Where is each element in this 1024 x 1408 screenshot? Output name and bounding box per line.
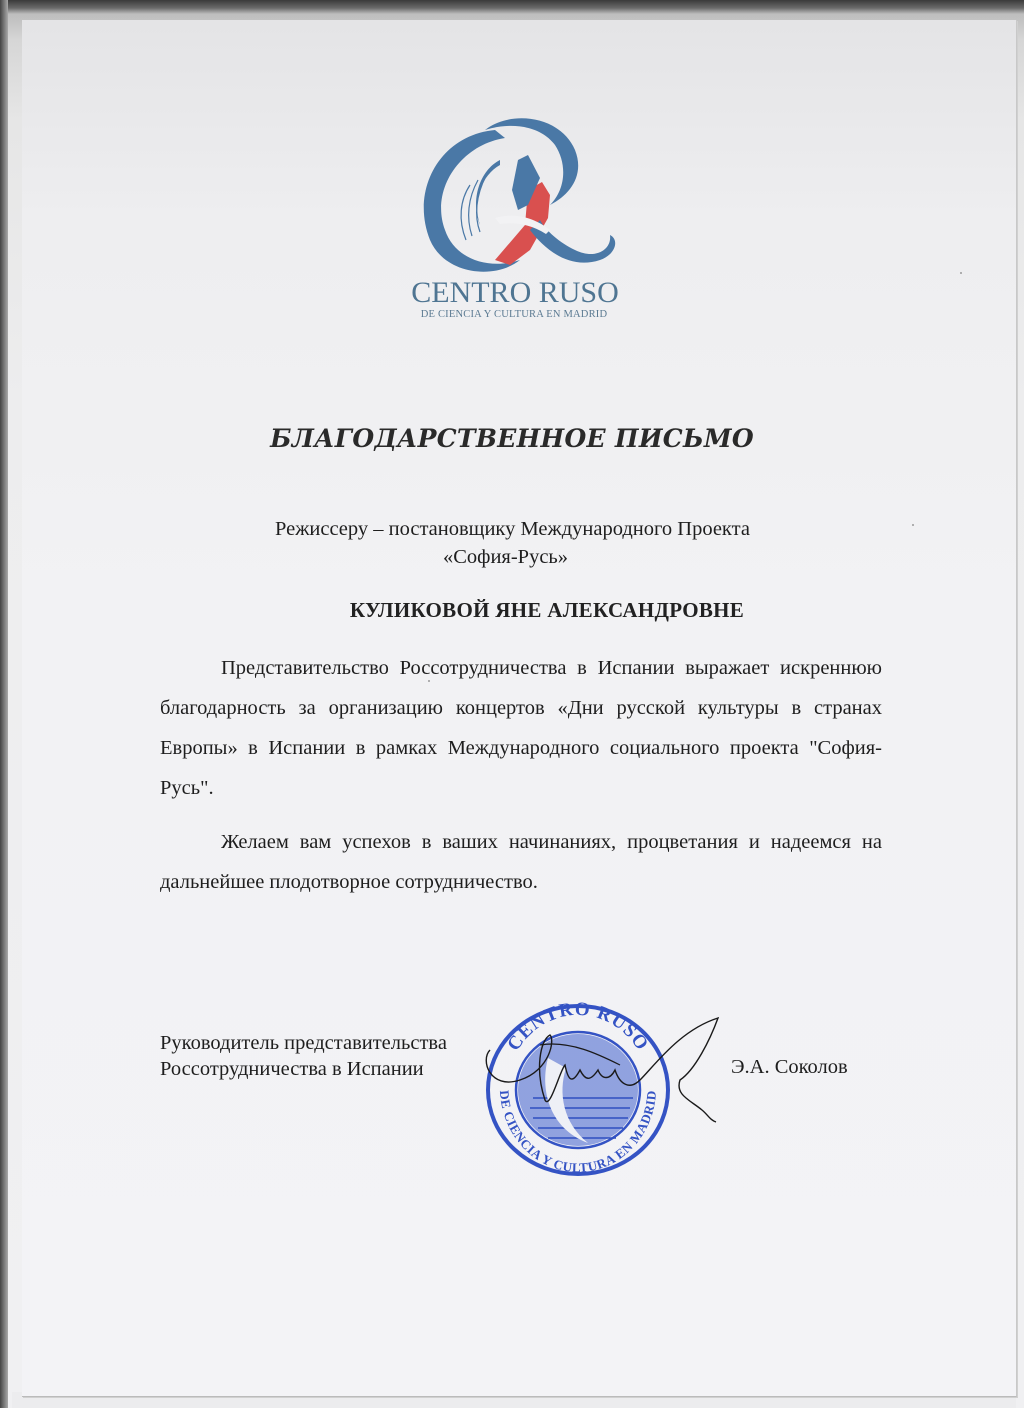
signer-name: Э.А. Соколов [731, 1056, 848, 1079]
scan-speck [428, 680, 430, 682]
document-title: БЛАГОДАРСТВЕННОЕ ПИСЬМО [0, 424, 1024, 453]
recipient-name: КУЛИКОВОЙ ЯНЕ АЛЕКСАНДРОВНЕ [0, 598, 1024, 623]
scan-speck [960, 272, 962, 274]
logo-title: CENTRO RUSO [0, 278, 1024, 308]
handwritten-signature-icon [480, 1010, 730, 1140]
logo-subtitle: DE CIENCIA Y CULTURA EN MADRID [0, 309, 1024, 321]
signer-position-line-2: Россотрудничества в Испании [160, 1056, 447, 1082]
body-paragraph-2: Желаем вам успехов в ваших начинаниях, п… [160, 822, 882, 902]
scan-edge [0, 0, 8, 1408]
scan-speck [912, 524, 914, 526]
body-paragraph-1: Представительство Россотрудничества в Ис… [160, 648, 882, 808]
addressee-line-2: «София-Русь» [443, 546, 568, 569]
signer-position-line-1: Руководитель представительства [160, 1030, 447, 1056]
signer-position: Руководитель представительства Россотруд… [160, 1030, 447, 1082]
addressee-line-1: Режиссеру – постановщику Международного … [275, 518, 750, 541]
